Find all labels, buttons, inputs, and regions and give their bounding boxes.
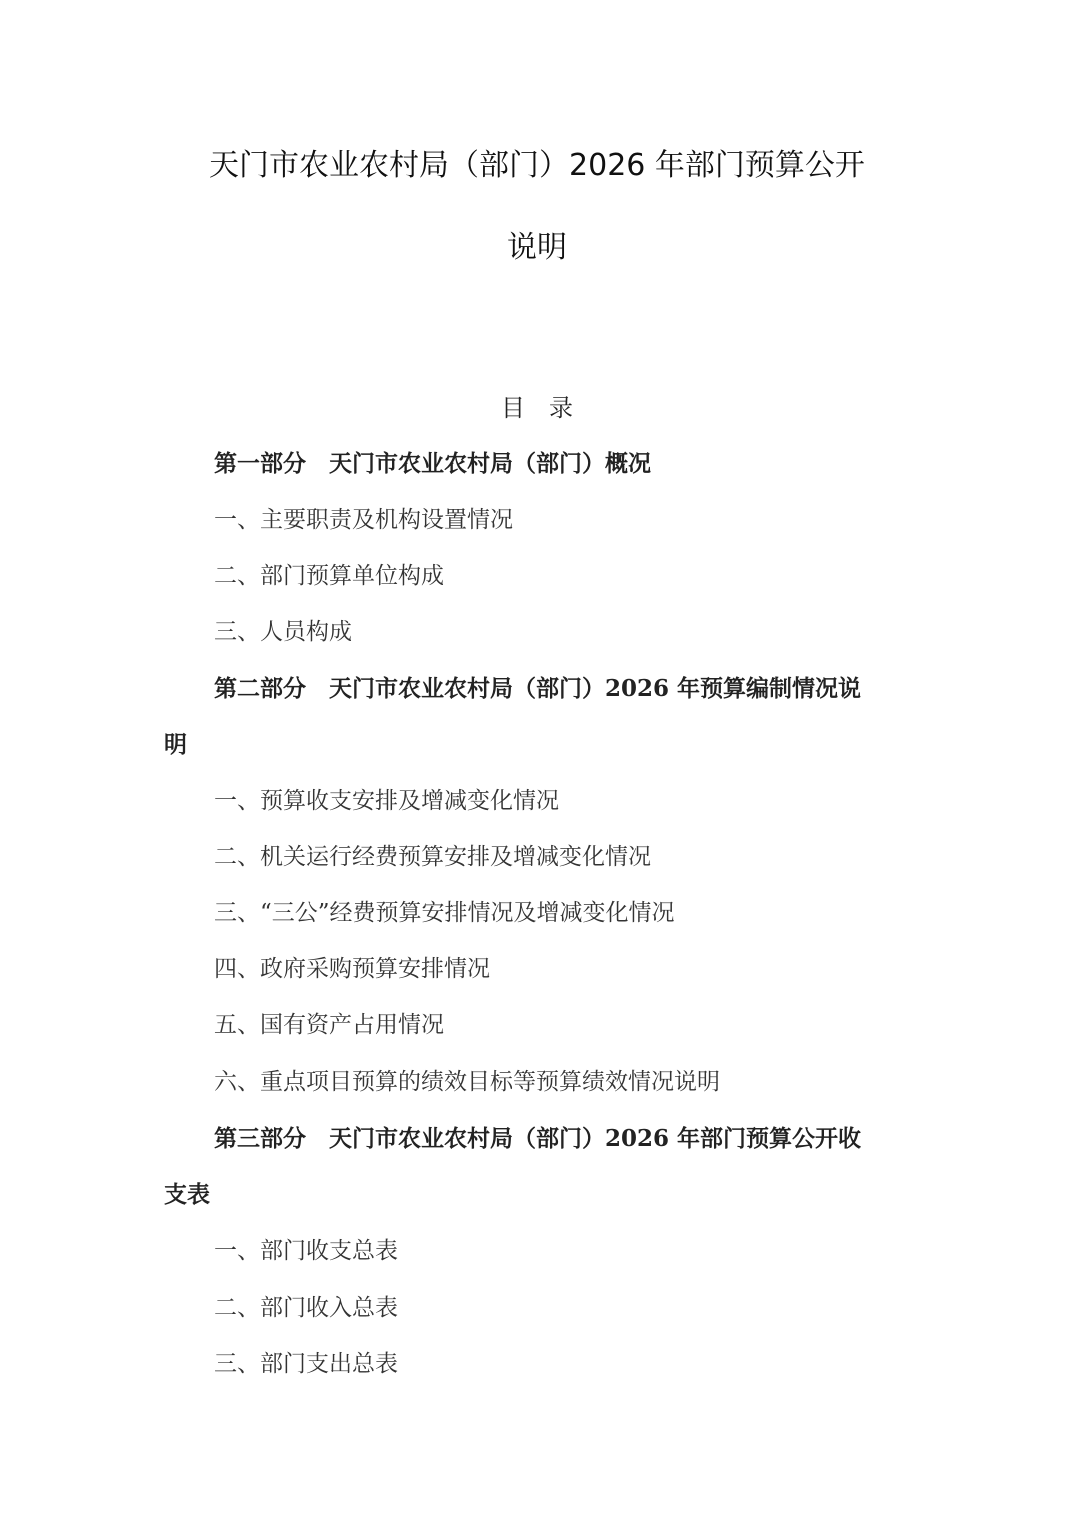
toc-part-3: 第三部分 天门市农业农村局（部门）2026 年部门预算公开收	[214, 1120, 861, 1153]
toc-item: 一、部门收支总表	[214, 1232, 398, 1265]
toc-item: 四、政府采购预算安排情况	[214, 950, 490, 983]
toc-item: 一、预算收支安排及增减变化情况	[214, 782, 559, 815]
toc-item: 二、机关运行经费预算安排及增减变化情况	[214, 838, 651, 871]
toc-item: 一、主要职责及机构设置情况	[214, 501, 513, 534]
toc-heading: 目 录	[0, 388, 1074, 423]
toc-item: 五、国有资产占用情况	[214, 1006, 444, 1039]
toc-item: 六、重点项目预算的绩效目标等预算绩效情况说明	[214, 1063, 720, 1096]
toc-part-1: 第一部分 天门市农业农村局（部门）概况	[214, 445, 651, 478]
toc-item: 二、部门收入总表	[214, 1289, 398, 1322]
document-title-line-1: 天门市农业农村局（部门）2026 年部门预算公开	[0, 140, 1074, 184]
document-title-line-2: 说明	[0, 222, 1074, 266]
toc-item: 三、部门支出总表	[214, 1345, 398, 1378]
toc-part-2-continued: 明	[164, 726, 187, 759]
toc-item: 二、部门预算单位构成	[214, 557, 444, 590]
toc-item: 三、“三公”经费预算安排情况及增减变化情况	[214, 894, 675, 927]
toc-item: 三、人员构成	[214, 613, 352, 646]
toc-part-3-continued: 支表	[164, 1176, 210, 1209]
toc-part-2: 第二部分 天门市农业农村局（部门）2026 年预算编制情况说	[214, 670, 861, 703]
